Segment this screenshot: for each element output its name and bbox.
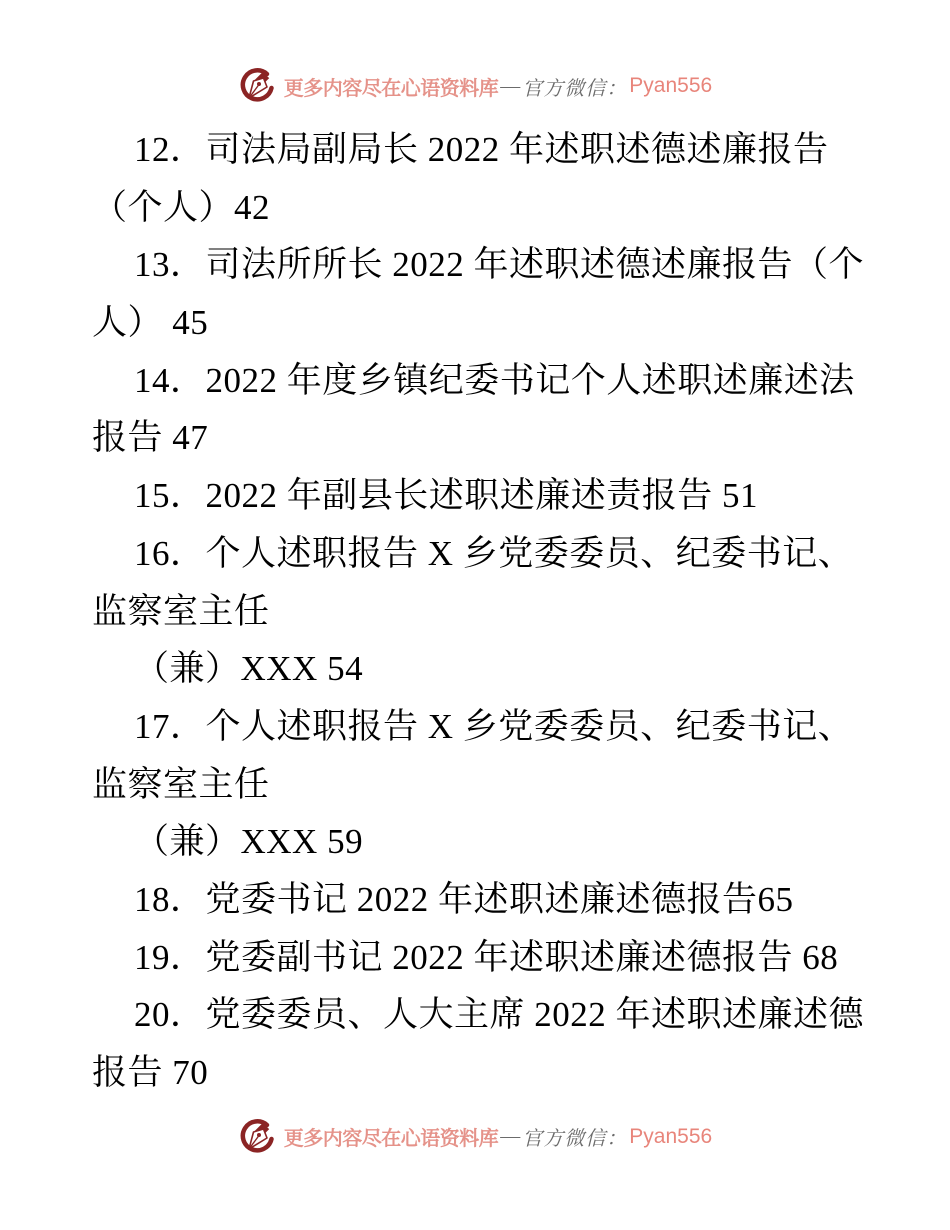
toc-line: （兼）XXX 59	[92, 813, 858, 871]
toc-line: 12．司法局副局长 2022 年述职述德述廉报告	[92, 121, 858, 179]
toc-line: （个人）42	[92, 179, 858, 237]
toc-line: 监察室主任	[92, 583, 858, 641]
pen-nib-logo-icon	[238, 67, 274, 105]
toc-line: 18．党委书记 2022 年述职述廉述德报告65	[92, 871, 858, 929]
toc-line: 14．2022 年度乡镇纪委书记个人述职述廉述法	[92, 352, 858, 410]
document-page: 更多内容尽在心语资料库 — 官方微信： Pyan556 12．司法局副局长 20…	[0, 0, 950, 1230]
toc-line: 13．司法所所长 2022 年述职述德述廉报告（个	[92, 236, 858, 294]
toc-line: 报告 47	[92, 409, 858, 467]
wechat-id: Pyan556	[629, 1125, 712, 1149]
toc-line: 20．党委委员、人大主席 2022 年述职述廉述德	[92, 986, 858, 1044]
toc-line: 16．个人述职报告 X 乡党委委员、纪委书记、	[92, 525, 858, 583]
toc-line: （兼）XXX 54	[92, 640, 858, 698]
wechat-id: Pyan556	[629, 74, 712, 98]
toc-list: 12．司法局副局长 2022 年述职述德述廉报告（个人）4213．司法所所长 2…	[92, 121, 858, 1102]
brand-separator: —	[500, 1125, 520, 1148]
toc-line: 监察室主任	[92, 756, 858, 814]
brand-tagline: 更多内容尽在心语资料库	[284, 72, 499, 101]
toc-line: 15．2022 年副县长述职述廉述责报告 51	[92, 467, 858, 525]
header-watermark: 更多内容尽在心语资料库 — 官方微信： Pyan556	[0, 61, 950, 111]
pen-nib-logo-icon	[238, 1118, 274, 1156]
brand-separator: —	[500, 75, 520, 98]
toc-line: 报告 70	[92, 1044, 858, 1102]
toc-line: 人） 45	[92, 294, 858, 352]
toc-line: 19．党委副书记 2022 年述职述廉述德报告 68	[92, 929, 858, 987]
toc-line: 17．个人述职报告 X 乡党委委员、纪委书记、	[92, 698, 858, 756]
footer-watermark: 更多内容尽在心语资料库 — 官方微信： Pyan556	[0, 1112, 950, 1162]
brand-tagline: 更多内容尽在心语资料库	[284, 1122, 499, 1151]
wechat-label: 官方微信：	[522, 1122, 627, 1151]
wechat-label: 官方微信：	[522, 72, 627, 101]
